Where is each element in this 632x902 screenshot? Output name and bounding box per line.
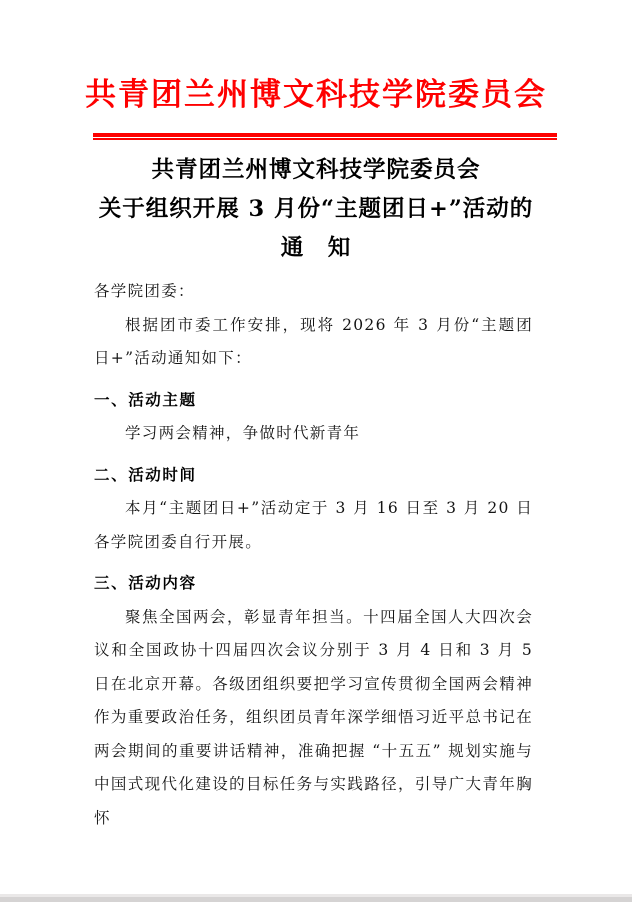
section-1-paragraph: 学习两会精神，争做时代新青年 — [94, 417, 533, 451]
document-body: 各学院团委： 根据团市委工作安排，现将 2026 年 3 月份“主题团日+”活动… — [94, 275, 533, 835]
section-3-paragraph: 聚焦全国两会，彰显青年担当。十四届全国人大四次会议和全国政协十四届四次会议分别于… — [94, 601, 533, 836]
document-title: 共青团兰州博文科技学院委员会 关于组织开展 3 月份“主题团日+”活动的 通 知 — [0, 151, 632, 268]
document-title-line-2: 关于组织开展 3 月份“主题团日+”活动的 — [0, 190, 632, 229]
document-page: 共青团兰州博文科技学院委员会 共青团兰州博文科技学院委员会 关于组织开展 3 月… — [0, 0, 632, 902]
horizontal-scrollbar[interactable] — [0, 894, 632, 902]
section-3-heading: 三、活动内容 — [94, 567, 533, 601]
letterhead-org-name: 共青团兰州博文科技学院委员会 — [85, 74, 547, 116]
section-2-heading: 二、活动时间 — [94, 459, 533, 493]
document-title-line-1: 共青团兰州博文科技学院委员会 — [0, 151, 632, 190]
intro-paragraph: 根据团市委工作安排，现将 2026 年 3 月份“主题团日+”活动通知如下： — [94, 309, 533, 376]
letterhead-red-rule — [93, 133, 557, 140]
salutation: 各学院团委： — [94, 275, 533, 309]
letterhead: 共青团兰州博文科技学院委员会 — [0, 0, 632, 116]
section-1-heading: 一、活动主题 — [94, 384, 533, 418]
section-2-paragraph: 本月“主题团日+”活动定于 3 月 16 日至 3 月 20 日各学院团委自行开… — [94, 492, 533, 559]
document-title-line-3: 通 知 — [0, 229, 632, 268]
